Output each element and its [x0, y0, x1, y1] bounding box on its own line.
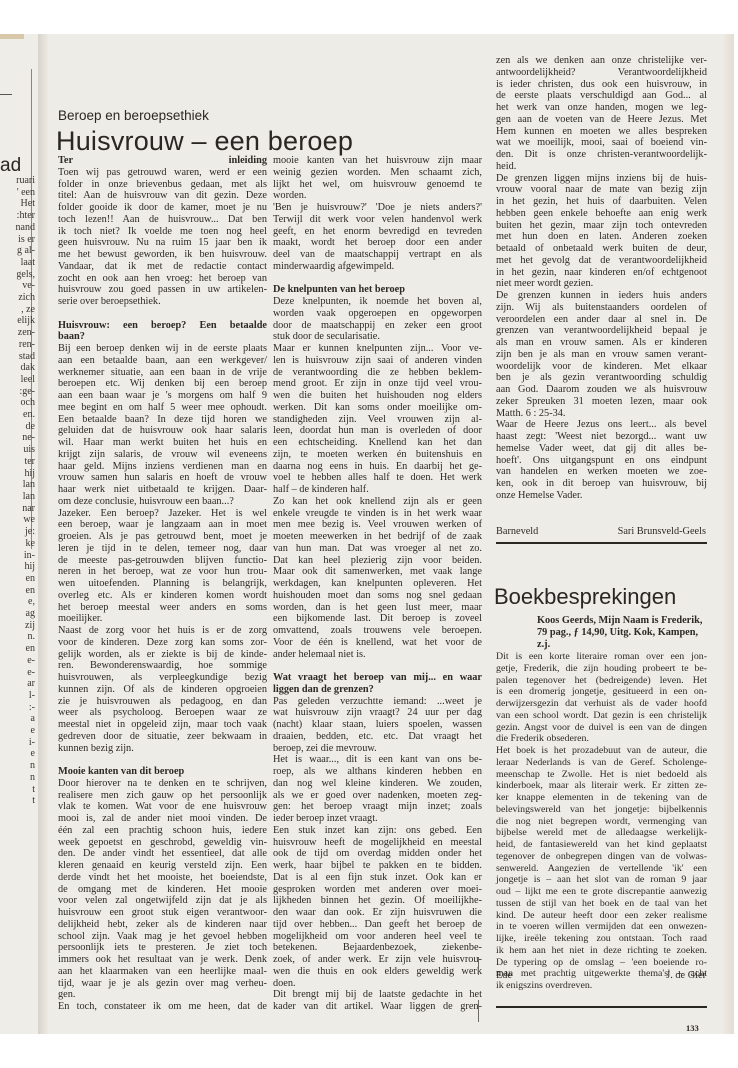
fragment-line: e- — [0, 655, 35, 667]
text-line: gen. — [58, 989, 267, 1001]
fragment-line: we — [0, 514, 35, 526]
review-signature: Ede J. de Gier — [496, 970, 706, 982]
text-line: om deze conclusie, huisvrouw een baan...… — [58, 496, 267, 508]
text-line: in het gezin, naar kinderen en/of echtge… — [496, 267, 707, 279]
text-line: van handelen en werken moeten we zoe- — [496, 466, 707, 478]
fragment-line: Het — [0, 198, 35, 210]
text-line: Voor de één is knellend, wat het voor de — [273, 637, 482, 649]
text-line: Een stuk inzet kan zijn: ons gebed. Een — [273, 825, 482, 837]
text-line: worden vaak opgeroepen en opgeworpen — [273, 308, 482, 320]
text-line: hebben geen enkele behoefte aan enig wer… — [496, 208, 707, 220]
text-line: voor de kinderen. Deze zorg kan soms zor… — [58, 637, 267, 649]
text-line: lijke, ireële tekening zou ontstaan. Toc… — [496, 933, 707, 945]
text-line: folder in onze brievenbus gedaan, met al… — [58, 179, 267, 191]
text-line: hemelse Vader weet, dat gij dit alles be… — [496, 443, 707, 455]
text-line: die nog niet begrepen wordt, vermenging … — [496, 816, 707, 828]
fragment-line: :hter — [0, 210, 35, 222]
fragment-line: ter — [0, 456, 35, 468]
text-line: palen tegenover het (bedreigende) leven.… — [496, 675, 707, 687]
text-line: gen: het beroep vraagt mijn inzet; zoals — [273, 801, 482, 813]
article-signature: Barneveld Sari Brunsveld-Geels — [496, 526, 706, 538]
text-line: heid. — [496, 161, 707, 173]
text-line: daarna nog eens in huis. En daarbij het … — [273, 461, 482, 473]
text-line: wen die buiten het huishouden nog elders — [273, 390, 482, 402]
fragment-line: elijk — [0, 315, 35, 327]
text-line: 'Ben je huisvrouw?' 'Doe je niets anders… — [273, 202, 482, 214]
text-line: Terwijl dit werk voor velen handenvol we… — [273, 214, 482, 226]
text-line: bijbelse wereld met de alledaagse werkel… — [496, 827, 707, 839]
text-line: Dat kan heel plezierig zijn voor beiden. — [273, 555, 482, 567]
text-line: Deze knelpunten, ik noemde het boven al, — [273, 296, 482, 308]
fragment-line: och — [0, 397, 35, 409]
text-line: vrouw samen hun salaris en hoeft de vrou… — [58, 472, 267, 484]
fragment-line: lan — [0, 491, 35, 503]
text-line: betaald of onbetaald werk buiten de deur… — [496, 243, 707, 255]
text-line: zijn. Wij als buitenstaanders oordelen o… — [496, 302, 707, 314]
text-line: één zal een prachtig schoon huis, iedere — [58, 825, 267, 837]
text-line: dan nog wel kleine kinderen. We zouden, — [273, 778, 482, 790]
text-line: kleren genaaid en keurig versteld zijn. … — [58, 860, 267, 872]
text-line: geeft, en het enorm bevredigd en tevrede… — [273, 226, 482, 238]
text-line: stuk door de secularisatie. — [273, 331, 482, 343]
fragment-line: hij — [0, 468, 35, 480]
text-line: die Frederik obsederen. — [496, 733, 707, 745]
text-line: kind. De auteur heeft door een zeker rea… — [496, 910, 707, 922]
text-line: minderwaardig afgewimpeld. — [273, 261, 482, 273]
signature-place: Barneveld — [496, 526, 538, 538]
text-line: draaien, bedden, etc. etc. Dat vraagt he… — [273, 731, 482, 743]
text-line: door de maatschappij en zeker een groot — [273, 320, 482, 332]
fragment-line: leel — [0, 374, 35, 386]
fragment-line: stad — [0, 351, 35, 363]
text-line: Naast de zorg voor het huis is er de zor… — [58, 625, 267, 637]
text-line: kader van dit artikel. Waar liggen de gr… — [273, 1001, 482, 1013]
text-line: Vandaar, dat ik met de redactie contact — [58, 261, 267, 273]
text-line: met het gevolg dat de verantwoordelijkhe… — [496, 255, 707, 267]
fragment-line: laat — [0, 257, 35, 269]
column-rule-mark — [478, 957, 479, 975]
article-column-2: mooie kanten van het huisvrouw zijn maar… — [273, 155, 482, 1013]
text-line: tussen de stijl van het boek en de taal … — [496, 898, 707, 910]
text-line: haar werk niet uitbetaald te krijgen. Da… — [58, 484, 267, 496]
reviews-section-title: Boekbesprekingen — [494, 584, 676, 610]
text-line: wen die thuis en ook elders geweldig wer… — [273, 966, 482, 978]
fragment-line: ruari — [0, 175, 35, 187]
fragment-line: e — [0, 725, 35, 737]
text-line: beroepen etc. Wij denken bij een beroep — [58, 378, 267, 390]
text-line: buiten het gezin, maar zijn toch ontevre… — [496, 220, 707, 232]
text-line: voor velen zal ongetwijfeld zijn dat je … — [58, 895, 267, 907]
text-line: huishouden moet dan soms nog snel gedaan — [273, 590, 482, 602]
text-line: huisvrouw zou goed passen in uw artikele… — [58, 284, 267, 296]
text-line: mee begint en om half 5 weer mee ophoudt… — [58, 402, 267, 414]
text-line: getje, Frederik, die zijn houding probee… — [496, 663, 707, 675]
text-line: ker knappe elementen in de tekening van … — [496, 792, 707, 804]
fragment-line: :- — [0, 702, 35, 714]
text-line: toch lezen!! Aan de huisvrouw... Dat ben — [58, 214, 267, 226]
text-line: gezin. Angst voor de duivel is een van d… — [496, 722, 707, 734]
fragment-line: dak — [0, 362, 35, 374]
text-line: Matth. 6 : 25-34. — [496, 408, 707, 420]
article-column-3: zen als we denken aan onze christelijke … — [496, 55, 707, 502]
text-line: werknemer situatie, aan een baan in de v… — [58, 367, 267, 379]
text-line: ik toch niet? Ik voelde me toen nog heel — [58, 226, 267, 238]
fragment-line: g al- — [0, 245, 35, 257]
text-line: een beroep, waar je langzaam aan in moet — [58, 519, 267, 531]
text-line: leren je tijd in te delen, temeer nog, d… — [58, 543, 267, 555]
text-line: weer als psycholoog. Beroepen waar ze — [58, 707, 267, 719]
text-line: aan het klaarmaken van een heerlijke maa… — [58, 966, 267, 978]
article-kicker: Beroep en beroepsethiek — [58, 108, 209, 123]
fragment-line: gels, — [0, 269, 35, 281]
text-line: ieder beroep inzet vraagt. — [273, 813, 482, 825]
text-line: als man en vrouw samen. Als er kinderen — [496, 337, 707, 349]
text-line: len is huisvrouw zijn saai of anderen vi… — [273, 355, 482, 367]
text-line: den. Dit is onze christen-verantwoordeli… — [496, 149, 707, 161]
article-end-rule — [496, 542, 707, 544]
fragment-line: i- — [0, 737, 35, 749]
text-line: onze Hemelse Vader. — [496, 490, 707, 502]
text-line: huisvrouw heeft de mogelijkheid en meest… — [273, 837, 482, 849]
text-line: huisvrouwen, als verpleegkundige bezig — [58, 672, 267, 684]
text-line: Hem kunnen en moeten we alles bespreken — [496, 126, 707, 138]
text-line: omvattend, zoals trouwens vele beroepen. — [273, 625, 482, 637]
text-line: den waar dan ook. Er zijn huisvruwen die — [273, 907, 482, 919]
fragment-line: ag — [0, 608, 35, 620]
fragment-line: de — [0, 421, 35, 433]
fragment-line: hij — [0, 561, 35, 573]
fragment-line: e — [0, 748, 35, 760]
text-line: half – de kinderen half. — [273, 484, 482, 496]
text-line: wat huisvrouw zijn vraagt? 24 uur per da… — [273, 707, 482, 719]
text-line: de omgang met de kinderen. Het mooie — [58, 884, 267, 896]
text-line: antwoordelijkheid? Verantwoordelijkheid — [496, 67, 707, 79]
fragment-line: n. — [0, 631, 35, 643]
text-line: ren. Bewonderenswaardig, hoe sommige — [58, 660, 267, 672]
text-line: zoek, of ander werk. Er zijn vele huisvr… — [273, 954, 482, 966]
fragment-line: ren- — [0, 339, 35, 351]
book-meta-line: Koos Geerds, Mijn Naam is Frederik, — [537, 615, 702, 627]
text-line: ander helemaal niet is. — [273, 649, 482, 661]
paragraph-gap — [273, 273, 482, 285]
text-line: Bij een beroep denken wij in de eerste p… — [58, 343, 267, 355]
text-line: mooi is, zal de ander niet mooi vinden. … — [58, 813, 267, 825]
fragment-line: en. — [0, 409, 35, 421]
scan-background-top — [0, 0, 738, 32]
article-title: Huisvrouw – een beroep — [56, 126, 353, 156]
text-line: gedreven door de situatie, zeer bekwaam … — [58, 731, 267, 743]
fragment-line: in- — [0, 550, 35, 562]
text-line: moeten meewerken in het bedrijf of de za… — [273, 531, 482, 543]
text-line: gesproken worden met anderen over moei- — [273, 884, 482, 896]
previous-page-text-fragments: ruari' eenHet:hternandis erg al-laatgels… — [0, 175, 35, 807]
text-line: Een betaalde baan? In deze tijd horen we — [58, 414, 267, 426]
text-line: een echtscheiding. Knellend kan het dan — [273, 437, 482, 449]
section-heading-line: baan? — [58, 331, 267, 343]
text-line: me het bewust geworden, ik ben huisvrouw… — [58, 249, 267, 261]
text-line: kunnen bezig zijn. — [58, 743, 267, 755]
page-number: 133 — [686, 1023, 699, 1033]
fragment-line: :ge- — [0, 386, 35, 398]
text-line: Het is waar..., dit is een kant van ons … — [273, 754, 482, 766]
text-line: in het gezin, het huis of daarbuiten. Ve… — [496, 196, 707, 208]
text-line: het beroep meestal weer anders en soms — [58, 602, 267, 614]
text-line: moeilijker. — [58, 613, 267, 625]
text-line: ook de tijd om overdag midden onder het — [273, 848, 482, 860]
fragment-line: n — [0, 760, 35, 772]
fragment-line: je: — [0, 526, 35, 538]
column-rule-mark — [478, 1000, 479, 1022]
previous-page-edge: ad ruari' eenHet:hternandis erg al-laatg… — [0, 34, 39, 1034]
text-line: worden. — [273, 190, 482, 202]
signature-author: J. de Gier — [666, 970, 706, 982]
section-heading-line: Mooie kanten van dit beroep — [58, 766, 267, 778]
text-line: zeker Spreuken 31 moeten lezen, maar ook — [496, 396, 707, 408]
fragment-line: nand — [0, 222, 35, 234]
text-line: immers ook het resultaat van je werk. De… — [58, 954, 267, 966]
text-line: lijkt het wel, om huisvrouw genoemd te — [273, 179, 482, 191]
text-line: De typering op de omslag – 'een boeiende… — [496, 957, 707, 969]
text-line: Dit brengt mij bij de laatste gedachte i… — [273, 989, 482, 1001]
text-line: Dat is al een fijn stuk inzet. Ook kan e… — [273, 872, 482, 884]
text-line: Waar de Heere Jezus ons leert... als bev… — [496, 419, 707, 431]
book-meta-line: 79 pag., ƒ 14,90, Uitg. Kok, Kampen, — [537, 627, 702, 639]
text-line: den. De ander vindt het essentieel, dat … — [58, 848, 267, 860]
fragment-line: en — [0, 643, 35, 655]
text-line: De grenzen liggen mijns inziens bij de h… — [496, 173, 707, 185]
text-line: school zijn. Vaak mag je het gevoel hebb… — [58, 931, 267, 943]
section-heading-line: De knelpunten van het beroep — [273, 284, 482, 296]
fragment-line: zen- — [0, 327, 35, 339]
text-line: kunnen zijn. Of als de kinderen opgroeie… — [58, 684, 267, 696]
text-line: realisere men zich gauw op het persoonli… — [58, 790, 267, 802]
text-line: overleg etc. Als er kinderen komen wordt — [58, 590, 267, 602]
fragment-line: zich — [0, 292, 35, 304]
text-line: gelijk worden, als er ziekte is bij de k… — [58, 649, 267, 661]
text-line: Pas geleden verzuchtte iemand: ...weet j… — [273, 696, 482, 708]
text-line: haar geld. Mijns inziens verdienen man e… — [58, 461, 267, 473]
text-line: zocht en ook aan hen vroeg: het beroep v… — [58, 273, 267, 285]
fragment-line: ' een — [0, 187, 35, 199]
text-line: werken. Dit kan soms onder moeilijke om- — [273, 402, 482, 414]
page-tab-marker — [0, 34, 24, 39]
page-edge-shadow — [722, 34, 734, 1034]
fragment-line: e- — [0, 667, 35, 679]
fragment-line: nar — [0, 503, 35, 515]
text-line: aan een baan waar je 's morgens om half … — [58, 390, 267, 402]
text-line: aan God. Daarom zouden we als huisvrouw — [496, 384, 707, 396]
text-line: zijn ben je als man en vrouw samen veran… — [496, 349, 707, 361]
fragment-line: en — [0, 585, 35, 597]
fragment-line: a — [0, 713, 35, 725]
previous-page-heading-fragment: ad — [0, 156, 21, 176]
text-line: Door hierover na te denken en te schrijv… — [58, 778, 267, 790]
fragment-line: en — [0, 573, 35, 585]
text-line: krijgt zijn salaris, de vrouw wil evenee… — [58, 449, 267, 461]
text-line: belevingswereld van het jongetje: bijbel… — [496, 804, 707, 816]
text-line: tijd over hebben... Dan geeft het beroep… — [273, 919, 482, 931]
fragment-line: e, — [0, 596, 35, 608]
text-line: ik hem aan het niet in deze richting te … — [496, 945, 707, 957]
text-line: persoonlijk iets te presteren. Je ziet t… — [58, 942, 267, 954]
text-line: veroordelen een ander daar al snel in. D… — [496, 314, 707, 326]
text-line: En toch, constateer ik om me heen, dat d… — [58, 1001, 267, 1013]
article-column-1: Ter inleidingToen wij pas getrouwd waren… — [58, 155, 267, 1013]
text-line: kinderboek, maar als literair werk. Er z… — [496, 780, 707, 792]
fragment-line: t — [0, 784, 35, 796]
text-line: een bijkomende last. Dit beroep is zovee… — [273, 613, 482, 625]
paragraph-gap — [58, 308, 267, 320]
text-line: huisvrouw een groot stuk eigen verantwoo… — [58, 907, 267, 919]
text-line: niet meer wordt gezien. — [496, 278, 707, 290]
fragment-line: l- — [0, 690, 35, 702]
text-line: De grenzen kunnen in ieders huis anders — [496, 290, 707, 302]
text-line: aan een betaalde baan, aan een werkgever… — [58, 355, 267, 367]
text-line: zen als we denken aan onze christelijke … — [496, 55, 707, 67]
fragment-line: ke — [0, 538, 35, 550]
text-line: beroep, zei die mevrouw. — [273, 743, 482, 755]
text-line: voel te hebben alles half te doen. Het w… — [273, 472, 482, 484]
fragment-line: zij — [0, 620, 35, 632]
fragment-line: ne- — [0, 432, 35, 444]
text-line: de eerste plaats verschuldigd aan God...… — [496, 90, 707, 102]
text-line: van hun man. Dat was vroeger al net zo. — [273, 543, 482, 555]
text-line: vrouw vooral naar de mate van bezig zijn — [496, 184, 707, 196]
text-line: worden, dan is het geen lust meer, maar — [273, 602, 482, 614]
text-line: woordelijk voor de kinderen. Met elkaar — [496, 361, 707, 373]
text-line: grenzen van verantwoordelijkheid bepaal … — [496, 325, 707, 337]
text-line: de verantwoording die ze hebben beklem- — [273, 367, 482, 379]
fragment-line: ve- — [0, 280, 35, 292]
text-line: tegenover de onbegrepen dingen van de vo… — [496, 851, 707, 863]
text-line: vlak te komen. Wat voor de ene huisvrouw — [58, 801, 267, 813]
fragment-line: is er — [0, 234, 35, 246]
page-gutter — [38, 34, 48, 1034]
text-line: wat we moeilijk, mooi, saai of boeiend v… — [496, 137, 707, 149]
text-line: met hun doen en laten. Anderen zoeken — [496, 231, 707, 243]
text-line: delijkheid hebt, zeker als de kinderen n… — [58, 919, 267, 931]
text-line: jongetje is – aan het slot van de roman … — [496, 874, 707, 886]
text-line: tijd, waar je je als gezin over mag verh… — [58, 978, 267, 990]
text-line: mogelijkheid om voor anderen heel veel t… — [273, 931, 482, 943]
text-line: geluiden dat de huisvrouw ook haar salar… — [58, 425, 267, 437]
fragment-line: ar — [0, 678, 35, 690]
text-line: ken, ook in dit beroep van huisvrouw, bi… — [496, 478, 707, 490]
text-line: neren in het beroep, wat ze voor hun tro… — [58, 566, 267, 578]
text-line: van een school wordt. Dat gezin is een c… — [496, 710, 707, 722]
fragment-line: uis — [0, 444, 35, 456]
text-line: roep, als we althans kinderen hebben en — [273, 766, 482, 778]
text-line: gen aan de voeten van de Heere Jezus. Me… — [496, 114, 707, 126]
text-line: is een dromerig jongetje, gesitueerd in … — [496, 686, 707, 698]
text-line: derwijzersgezin dat verhuist als de vade… — [496, 698, 707, 710]
text-line: folder gooide ik door de kamer, moet je … — [58, 202, 267, 214]
text-line: Zo kan het ook knellend zijn als er geen — [273, 496, 482, 508]
previous-page-rule — [0, 94, 12, 95]
text-line: werk, haar bijbel te pakken en te bidden… — [273, 860, 482, 872]
text-line: groeien. Als je pas getrouwd bent, moet … — [58, 531, 267, 543]
text-line: ben je als gezin verantwoording schuldig — [496, 372, 707, 384]
text-line: hoeft'. Ons uitgangspunt en ons eindpunt — [496, 455, 707, 467]
review-end-rule — [496, 1006, 707, 1008]
text-line: Jazeker. Een beroep? Jazeker. Het is wel — [58, 508, 267, 520]
text-line: titel: Aan de huisvrouw van dit gezin. D… — [58, 190, 267, 202]
text-line: Dit is een korte literaire roman over ee… — [496, 651, 707, 663]
review-body: Dit is een korte literaire roman over ee… — [496, 651, 707, 992]
signature-author: Sari Brunsveld-Geels — [618, 526, 706, 538]
text-line: serie over beroepsethiek. — [58, 296, 267, 308]
text-line: (nacht) klaar staan, luiers spoelen, was… — [273, 719, 482, 731]
fragment-line: n — [0, 772, 35, 784]
text-line: wil. Haar man werkt buiten het huis en — [58, 437, 267, 449]
text-line: standigheden zijn. Veel vrouwen zijn al- — [273, 414, 482, 426]
text-line: is ieder christen, dus ook een huisvrouw… — [496, 79, 707, 91]
text-line: betekenen. Bejaardenbezoek, ziekenbe- — [273, 942, 482, 954]
text-line: zie je huisvrouwen als pedagoog, en dan — [58, 696, 267, 708]
text-line: leraar Nederlands is van de Geref. Schol… — [496, 757, 707, 769]
section-heading-line: Ter inleiding — [58, 155, 267, 167]
book-meta-line: z.j. — [537, 639, 702, 651]
text-line: oud – lijkt me een te grote discrepantie… — [496, 886, 707, 898]
paragraph-gap — [273, 660, 482, 672]
text-line: Maar ook dit samenwerken, met vaak lange — [273, 566, 482, 578]
section-heading-line: liggen dan de grenzen? — [273, 684, 482, 696]
text-line: Het boek is het prozadebuut van de auteu… — [496, 745, 707, 757]
text-line: lijkheden binnen het gezin. Of moeilijkh… — [273, 895, 482, 907]
text-line: werkdagen, kan knelpunten opleveren. Het — [273, 578, 482, 590]
text-line: wen uitoefenden. Planning is belangrijk, — [58, 578, 267, 590]
text-line: zijn, te moeten werken én buitenshuis en — [273, 449, 482, 461]
text-line: weinig gezien worden. Men schaamt zich, — [273, 167, 482, 179]
text-line: heid, de fantasiewereld van het kind gep… — [496, 839, 707, 851]
text-line: maakt, wordt het beroep door een ander — [273, 237, 482, 249]
signature-place: Ede — [496, 970, 512, 982]
text-line: de meeste pas-getrouwden blijven functio… — [58, 555, 267, 567]
paragraph-gap — [58, 754, 267, 766]
text-line: het werk van onze handen, mogen we leg- — [496, 102, 707, 114]
text-line: haast zegt: 'Weest niet bezorgd... want … — [496, 431, 707, 443]
text-line: derde vindt het het mooiste, het boeiend… — [58, 872, 267, 884]
section-heading-line: Wat vraagt het beroep van mij... en waar — [273, 672, 482, 684]
text-line: doen. — [273, 978, 482, 990]
text-line: mooie kanten van het huisvrouw zijn maar — [273, 155, 482, 167]
text-line: geen huisvrouw. Nu na ruim 15 jaar ben i… — [58, 237, 267, 249]
text-line: meenschap te Zwolle. Het is niet bedoeld… — [496, 769, 707, 781]
fragment-line: , ze — [0, 304, 35, 316]
fragment-line: lan — [0, 479, 35, 491]
text-line: mend groot. Er zijn in onze tijd veel vr… — [273, 378, 482, 390]
scan-background-bottom — [0, 1035, 738, 1068]
text-line: men mee bezig is. Veel vrouwen werken of — [273, 519, 482, 531]
text-line: enkele vreugde te vinden is in het werk … — [273, 508, 482, 520]
text-line: week gepoetst en geschrobd, geweldig vin… — [58, 837, 267, 849]
text-line: als we er goed over nadenken, moeten zeg… — [273, 790, 482, 802]
text-line: deel van de maatschappij vertrapt en als — [273, 249, 482, 261]
text-line: in te voeren willen vermijden dat een on… — [496, 921, 707, 933]
book-details: Koos Geerds, Mijn Naam is Frederik, 79 p… — [537, 615, 702, 650]
text-line: leen, doordat hun man is overleden of do… — [273, 425, 482, 437]
text-line: Maar er kunnen knelpunten zijn... Voor v… — [273, 343, 482, 355]
text-line: Toen wij pas getrouwd waren, werd er een — [58, 167, 267, 179]
section-heading-line: Huisvrouw: een beroep? Een betaalde — [58, 320, 267, 332]
text-line: meestal niet in opgeleid zijn, maar toch… — [58, 719, 267, 731]
text-line: senwereld. Aangezien de vertellende 'ik'… — [496, 863, 707, 875]
fragment-line: t — [0, 795, 35, 807]
